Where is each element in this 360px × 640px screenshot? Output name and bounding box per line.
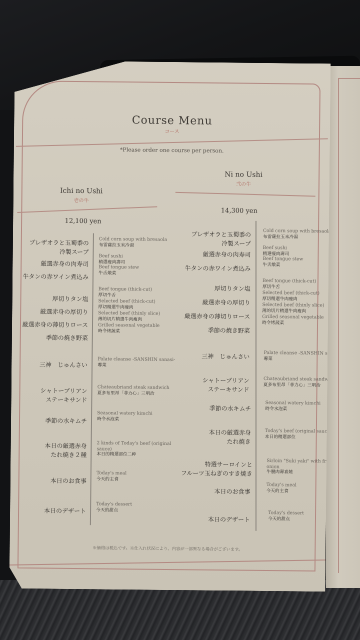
next-page: [326, 66, 360, 588]
en-item-ichi-5: Selected beef (thinly slice)薄的切片精選牛肉瘦肉: [98, 311, 178, 323]
jp-item-ichi-2: 牛タンの赤ワイン煮込み: [8, 272, 88, 282]
en-item-ichi-10: 2 kinds of Today's beef (original sauce)…: [97, 441, 177, 458]
jp-item-ichi-10: 本日の厳選赤身 たれ焼き２種: [7, 441, 87, 460]
jp-item-ni-0: ブレザオラと玉蜀黍の 冷製スープ: [171, 230, 251, 249]
jp-item-ni-7: 三神 じゅんさい: [170, 352, 250, 362]
course-name-ni: Ni no Ushi: [184, 170, 304, 179]
column-divider-ni: [255, 221, 256, 531]
price-ni: 14,300 yen: [179, 206, 299, 215]
en-item-ichi-8: Chateaubriand steak sandwich夏多布里昂「菲力心」三明…: [97, 385, 177, 397]
jp-item-ni-13: 本日のデザート: [170, 515, 250, 525]
next-page-frame: [338, 78, 360, 573]
jp-item-ni-12: 本日のお食事: [170, 487, 250, 497]
menu-page: Course Menu コース *Please order one course…: [9, 60, 331, 591]
en-item-ichi-4: Selected beef (thick-cut)厚切精選牛肉瘦肉: [98, 299, 178, 311]
jp-item-ichi-5: 厳選赤身の薄切りロース: [8, 320, 88, 330]
course-name-ichi: Ichi no Ushi: [21, 186, 141, 195]
en-item-ichi-12: Today's dessert今天的甜点: [96, 502, 176, 514]
jp-item-ni-4: 厳選赤身の厚切り: [170, 298, 250, 308]
price-ichi: 12,100 yen: [23, 216, 143, 225]
jp-item-ni-2: 牛タンの赤ワイン煮込み: [171, 264, 251, 274]
jp-item-ichi-9: 季節の水キムチ: [7, 416, 87, 426]
course-name-ni-jp: 弐の牛: [183, 180, 303, 188]
jp-item-ni-11: 特選サーロインと フルーツ玉ねぎのすき焼き: [154, 460, 252, 479]
jp-item-ni-5: 厳選赤身の薄切りロース: [170, 312, 250, 322]
jp-item-ni-6: 季節の焼き野菜: [170, 326, 250, 336]
jp-item-ichi-7: 三神 じゅんさい: [8, 360, 88, 370]
jp-item-ichi-6: 季節の焼き野菜: [8, 333, 88, 343]
jp-item-ni-1: 厳選赤身の肉寿司: [171, 250, 251, 260]
en-item-ichi-1: Beef sushi精選瘦肉壽司: [99, 254, 179, 266]
en-item-ichi-9: Seasonal watery kimchi時令水泡菜: [97, 411, 177, 423]
en-item-ichi-3: Beef tongue (thick-cut)厚切牛舌: [98, 287, 178, 299]
en-item-ichi-0: Cold corn soup with bresaola布雷薩拉玉米冷湯: [99, 237, 179, 249]
jp-item-ni-8: シャトーブリアン ステーキサンド: [169, 376, 249, 395]
jp-item-ichi-1: 厳選赤身の肉寿司: [9, 259, 89, 269]
jp-item-ichi-4: 厳選赤身の厚切り: [8, 307, 88, 317]
course-name-ichi-jp: 壱の牛: [21, 196, 141, 204]
jp-item-ni-3: 厚切りタン塩: [170, 284, 250, 294]
jp-item-ichi-3: 厚切りタン塩: [8, 294, 88, 304]
en-item-ichi-7: Palate cleanse -SANSHIN sanasi-蓴菜: [98, 357, 178, 369]
jp-item-ni-9: 季節の水キムチ: [171, 404, 251, 414]
en-item-ichi-2: Beef tongue stew牛舌燉菜: [99, 265, 179, 277]
jp-item-ichi-11: 本日のお食事: [6, 476, 86, 486]
en-item-ichi-6: Grilled seasonal vegetable時令烤蔬菜: [98, 323, 178, 335]
jp-item-ichi-8: シャトーブリアン ステーキサンド: [7, 386, 87, 405]
jp-item-ichi-0: ブレザオラと玉蜀黍の 冷製スープ: [9, 238, 89, 257]
jp-item-ni-10: 本日の厳選赤身 たれ焼き: [171, 428, 251, 447]
jp-item-ichi-12: 本日のデザート: [6, 506, 86, 516]
